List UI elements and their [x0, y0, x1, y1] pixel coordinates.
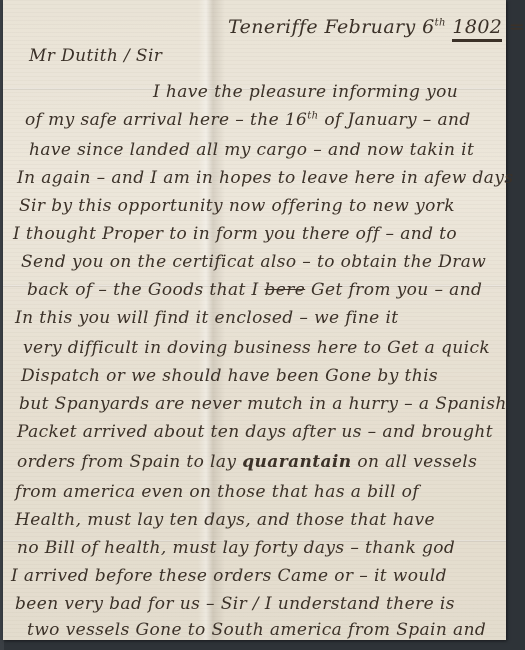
letter-line: I have the pleasure informing you	[153, 82, 458, 102]
letter-line: back of – the Goods that I bere Get from…	[27, 280, 482, 300]
letter-line: of my safe arrival here – the 16th of Ja…	[25, 110, 471, 130]
struck-word: bere	[264, 280, 305, 300]
letter-page: Teneriffe February 6th 1802 = Mr Dutith …	[3, 0, 506, 640]
place: Teneriffe	[228, 16, 318, 38]
letter-line: Dispatch or we should have been Gone by …	[21, 366, 438, 386]
letter-line: from america even on those that has a bi…	[15, 482, 419, 502]
letter-line: been very bad for us – Sir / I understan…	[15, 594, 455, 614]
letter-line: very difficult in doving business here t…	[23, 338, 490, 358]
letter-line: orders from Spain to lay quarantain on a…	[17, 452, 477, 472]
day-suffix: th	[435, 18, 446, 29]
month: February	[324, 16, 415, 38]
letter-line: In this you will find it enclosed – we f…	[15, 308, 399, 328]
trailing-mark: =	[509, 16, 525, 38]
letter-dateline: Teneriffe February 6th 1802 =	[228, 16, 525, 38]
letter-line: two vessels Gone to South america from S…	[27, 620, 486, 640]
letter-line: I arrived before these orders Came or – …	[11, 566, 447, 586]
letter-line: Health, must lay ten days, and those tha…	[15, 510, 435, 530]
emphasized-word: quarantain	[242, 452, 351, 472]
letter-line: In again – and I am in hopes to leave he…	[17, 168, 513, 188]
day: 6	[422, 16, 435, 38]
letter-line: have since landed all my cargo – and now…	[29, 140, 474, 160]
salutation: Mr Dutith / Sir	[29, 46, 162, 66]
letter-line: but Spanyards are never mutch in a hurry…	[19, 394, 507, 414]
letter-line: no Bill of health, must lay forty days –…	[17, 538, 455, 558]
letter-line: Packet arrived about ten days after us –…	[17, 422, 493, 442]
letter-line: I thought Proper to in form you there of…	[13, 224, 457, 244]
letter-line: Send you on the certificat also – to obt…	[21, 252, 486, 272]
letter-line: Sir by this opportunity now offering to …	[19, 196, 455, 216]
year: 1802	[452, 16, 502, 42]
